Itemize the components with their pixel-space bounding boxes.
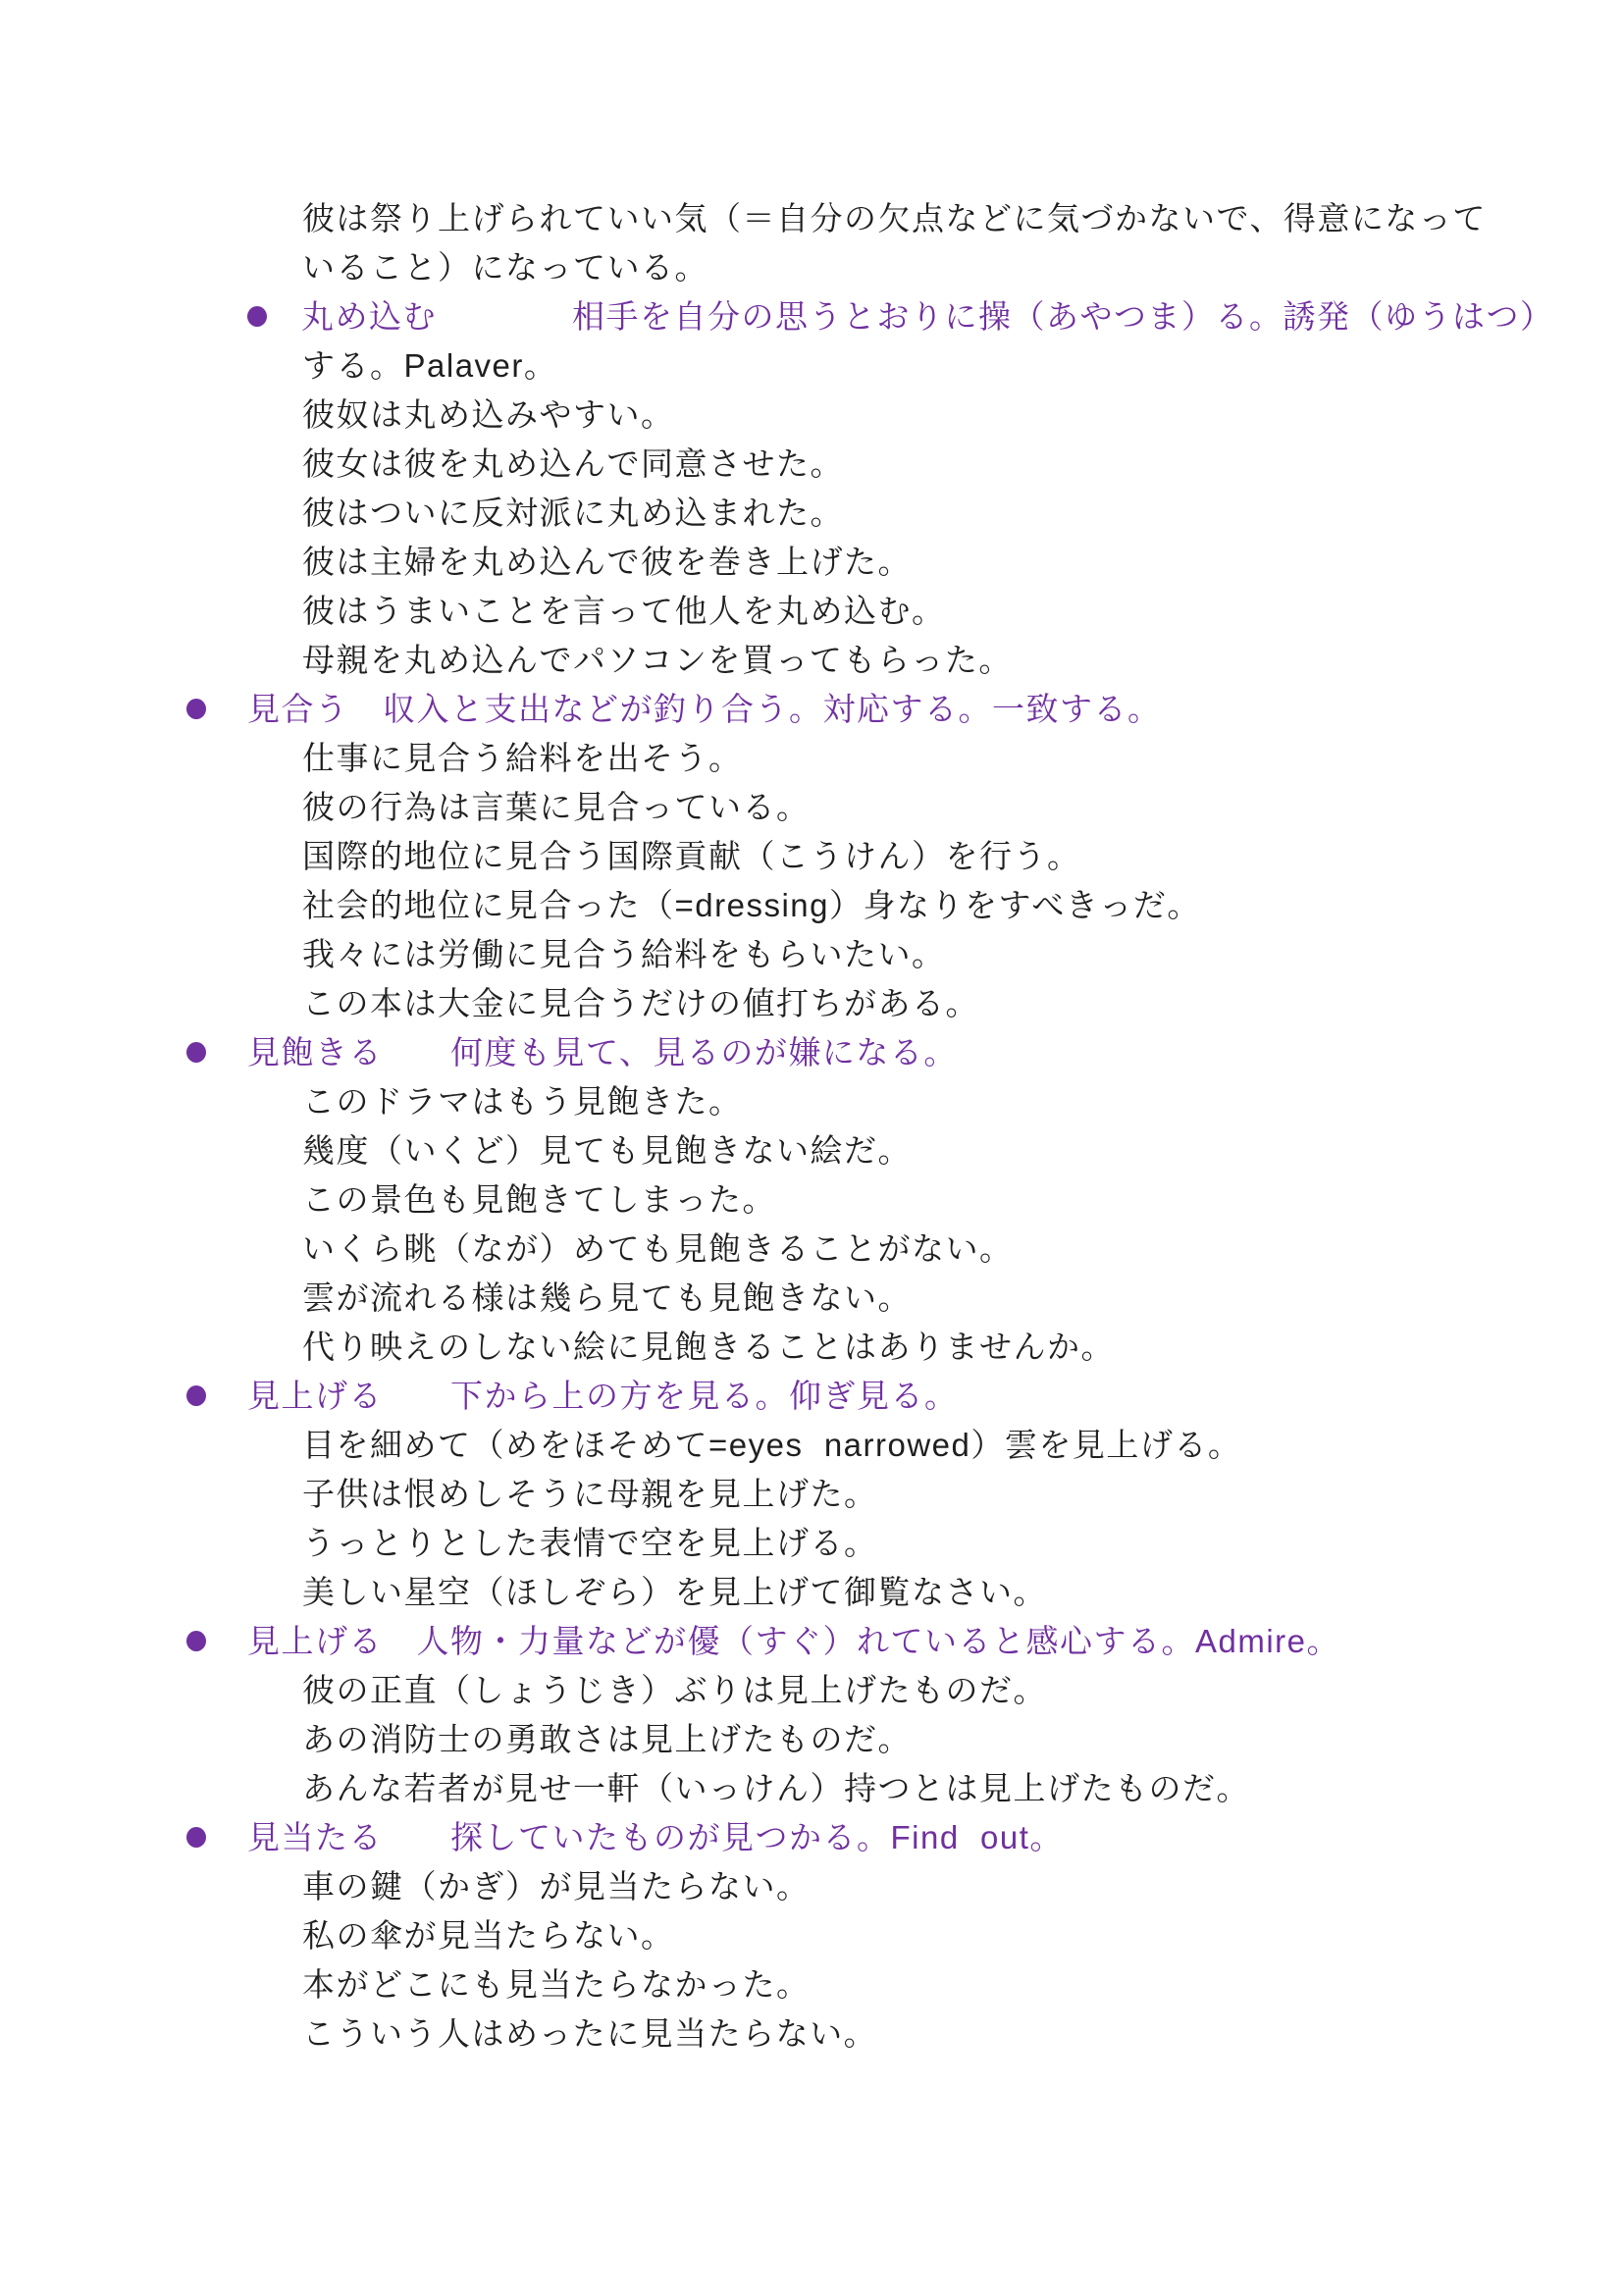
line-text: あの消防士の勇敢さは見上げたものだ。: [302, 1721, 912, 1757]
line-text: 彼はついに反対派に丸め込まれた。: [302, 495, 844, 531]
example-line: 本がどこにも見当たらなかった。: [0, 1960, 1624, 2009]
example-line: 彼はうまいことを言って他人を丸め込む。: [0, 587, 1624, 636]
line-text: 美しい星空（ほしぞら）を見上げて御覧なさい。: [302, 1574, 1047, 1610]
example-line: 目を細めて（めをほそめて=eyes narrowed）雲を見上げる。: [0, 1421, 1624, 1470]
example-line: 彼はついに反対派に丸め込まれた。: [0, 489, 1624, 538]
line-text: 見飽きる 何度も見て、見るのが嫌になる。: [247, 1034, 958, 1070]
example-line: あの消防士の勇敢さは見上げたものだ。: [0, 1715, 1624, 1764]
example-line: 幾度（いくど）見ても見飽きない絵だ。: [0, 1126, 1624, 1175]
line-text: 見当たる 探していたものが見つかる。Find out。: [247, 1819, 1064, 1855]
example-line: 社会的地位に見合った（=dressing）身なりをすべきっだ。: [0, 881, 1624, 930]
example-line: 子供は恨めしそうに母親を見上げた。: [0, 1470, 1624, 1519]
line-text: 仕事に見合う給料を出そう。: [302, 740, 743, 776]
example-line: 彼の行為は言葉に見合っている。: [0, 783, 1624, 832]
line-text: 彼の行為は言葉に見合っている。: [302, 789, 811, 825]
entry-headword-line: 見当たる 探していたものが見つかる。Find out。: [0, 1813, 1624, 1862]
example-line: 我々には労働に見合う給料をもらいたい。: [0, 930, 1624, 979]
example-line: この景色も見飽きてしまった。: [0, 1175, 1624, 1225]
entry-headword-line: 見飽きる 何度も見て、見るのが嫌になる。: [0, 1028, 1624, 1077]
line-text: 母親を丸め込んでパソコンを買ってもらった。: [302, 642, 1013, 678]
line-text: いくら眺（なが）めても見飽きることがない。: [302, 1230, 1014, 1267]
line-text: 代り映えのしない絵に見飽きることはありませんか。: [302, 1329, 1115, 1365]
line-text: 目を細めて（めをほそめて=eyes narrowed）雲を見上げる。: [302, 1427, 1241, 1463]
example-line: 彼女は彼を丸め込んで同意させた。: [0, 440, 1624, 489]
line-text: 幾度（いくど）見ても見飽きない絵だ。: [302, 1132, 912, 1169]
example-line: あんな若者が見せ一軒（いっけん）持つとは見上げたものだ。: [0, 1764, 1624, 1813]
bullet-icon: [247, 306, 267, 327]
line-text: 彼の正直（しょうじき）ぶりは見上げたものだ。: [302, 1672, 1047, 1708]
vocab-line-list: 彼は祭り上げられていい気（＝自分の欠点などに気づかないで、得意になっていること）…: [0, 194, 1624, 2059]
line-text: 社会的地位に見合った（=dressing）身なりをすべきっだ。: [302, 887, 1201, 923]
line-text: この景色も見飽きてしまった。: [302, 1181, 776, 1218]
line-text: 彼奴は丸め込みやすい。: [302, 396, 675, 433]
document-page: 彼は祭り上げられていい気（＝自分の欠点などに気づかないで、得意になっていること）…: [0, 0, 1624, 2296]
line-text: うっとりとした表情で空を見上げる。: [302, 1525, 878, 1561]
entry-headword-line: 丸め込む 相手を自分の思うとおりに操（あやつま）る。誘発（ゆうはつ）: [0, 292, 1624, 341]
line-text: いること）になっている。: [302, 249, 708, 286]
line-text: 雲が流れる様は幾ら見ても見飽きない。: [302, 1279, 912, 1316]
example-line: する。Palaver。: [0, 341, 1624, 391]
example-line: 仕事に見合う給料を出そう。: [0, 734, 1624, 783]
line-text: 丸め込む 相手を自分の思うとおりに操（あやつま）る。誘発（ゆうはつ）: [301, 298, 1554, 335]
example-line: 母親を丸め込んでパソコンを買ってもらった。: [0, 636, 1624, 685]
bullet-icon: [186, 1827, 206, 1848]
example-line: うっとりとした表情で空を見上げる。: [0, 1519, 1624, 1568]
bullet-icon: [186, 699, 206, 719]
example-line: この本は大金に見合うだけの値打ちがある。: [0, 979, 1624, 1028]
line-text: 我々には労働に見合う給料をもらいたい。: [302, 936, 946, 972]
example-line: いること）になっている。: [0, 243, 1624, 292]
line-text: する。Palaver。: [302, 347, 557, 384]
entry-headword-line: 見上げる 下から上の方を見る。仰ぎ見る。: [0, 1372, 1624, 1421]
bullet-icon: [186, 1631, 206, 1651]
bullet-icon: [186, 1385, 206, 1406]
example-line: こういう人はめったに見当たらない。: [0, 2009, 1624, 2059]
line-text: こういう人はめったに見当たらない。: [302, 2015, 877, 2052]
line-text: 本がどこにも見当たらなかった。: [302, 1966, 811, 2003]
line-text: 彼は主婦を丸め込んで彼を巻き上げた。: [302, 544, 912, 580]
example-line: 彼奴は丸め込みやすい。: [0, 391, 1624, 440]
example-line: 代り映えのしない絵に見飽きることはありませんか。: [0, 1323, 1624, 1372]
entry-headword-line: 見合う 収入と支出などが釣り合う。対応する。一致する。: [0, 685, 1624, 734]
line-text: 車の鍵（かぎ）が見当たらない。: [302, 1868, 811, 1905]
example-line: このドラマはもう見飽きた。: [0, 1077, 1624, 1126]
line-text: このドラマはもう見飽きた。: [302, 1083, 743, 1120]
line-text: 見上げる 人物・力量などが優（すぐ）れていると感心する。Admire。: [247, 1623, 1340, 1659]
entry-headword-line: 見上げる 人物・力量などが優（すぐ）れていると感心する。Admire。: [0, 1617, 1624, 1666]
line-text: 彼はうまいことを言って他人を丸め込む。: [302, 593, 946, 629]
example-line: 私の傘が見当たらない。: [0, 1911, 1624, 1960]
line-text: 国際的地位に見合う国際貢献（こうけん）を行う。: [302, 838, 1081, 874]
line-text: 彼女は彼を丸め込んで同意させた。: [302, 445, 844, 482]
example-line: 彼は主婦を丸め込んで彼を巻き上げた。: [0, 538, 1624, 587]
bullet-icon: [186, 1042, 206, 1063]
example-line: いくら眺（なが）めても見飽きることがない。: [0, 1225, 1624, 1274]
line-text: 私の傘が見当たらない。: [302, 1917, 675, 1954]
line-text: 彼は祭り上げられていい気（＝自分の欠点などに気づかないで、得意になって: [302, 200, 1487, 236]
example-line: 美しい星空（ほしぞら）を見上げて御覧なさい。: [0, 1568, 1624, 1617]
line-text: 子供は恨めしそうに母親を見上げた。: [302, 1476, 878, 1512]
line-text: この本は大金に見合うだけの値打ちがある。: [302, 985, 979, 1021]
line-text: あんな若者が見せ一軒（いっけん）持つとは見上げたものだ。: [302, 1770, 1250, 1806]
line-text: 見合う 収入と支出などが釣り合う。対応する。一致する。: [247, 691, 1162, 727]
example-line: 雲が流れる様は幾ら見ても見飽きない。: [0, 1274, 1624, 1323]
line-text: 見上げる 下から上の方を見る。仰ぎ見る。: [247, 1378, 959, 1414]
example-line: 彼は祭り上げられていい気（＝自分の欠点などに気づかないで、得意になって: [0, 194, 1624, 243]
example-line: 彼の正直（しょうじき）ぶりは見上げたものだ。: [0, 1666, 1624, 1715]
example-line: 車の鍵（かぎ）が見当たらない。: [0, 1862, 1624, 1911]
example-line: 国際的地位に見合う国際貢献（こうけん）を行う。: [0, 832, 1624, 881]
